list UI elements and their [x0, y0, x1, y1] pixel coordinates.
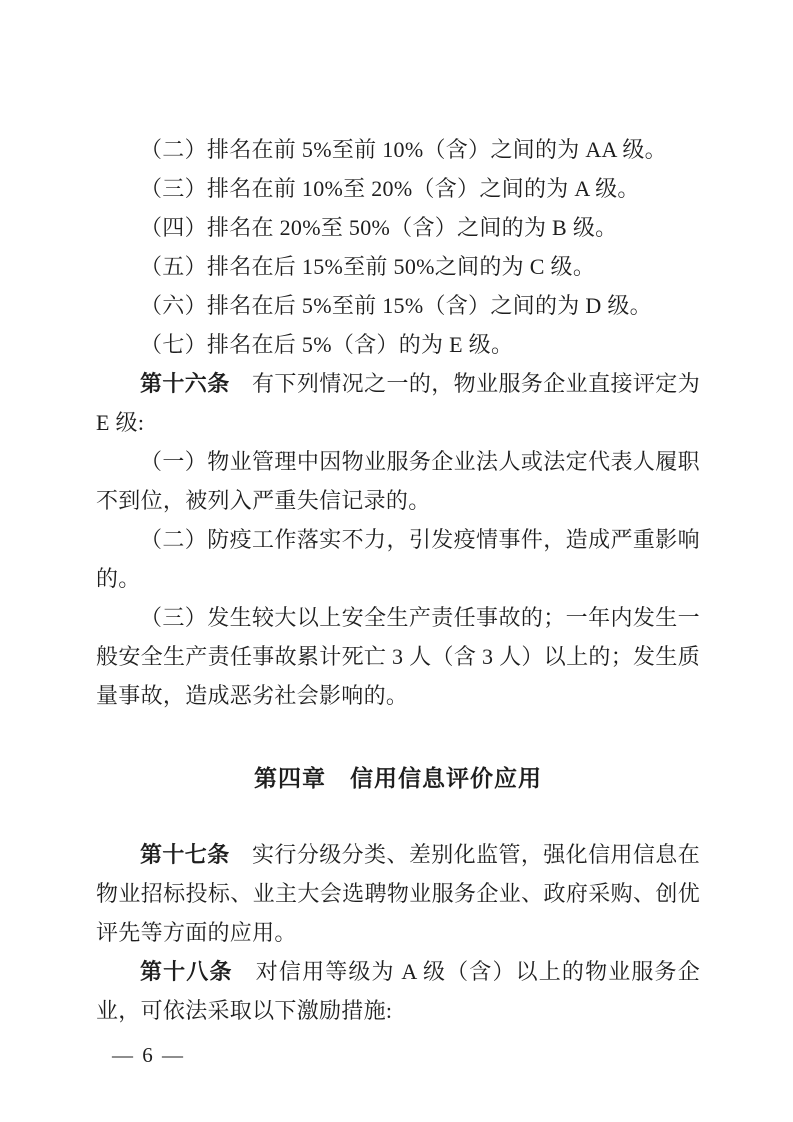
- article-16-paragraph: 第十六条 有下列情况之一的，物业服务企业直接评定为 E 级:: [96, 364, 700, 442]
- document-page: （二）排名在前 5%至前 10%（含）之间的为 AA 级。 （三）排名在前 10…: [0, 0, 793, 1122]
- clause-item-5: （五）排名在后 15%至前 50%之间的为 C 级。: [96, 247, 700, 286]
- clause-item-3: （三）排名在前 10%至 20%（含）之间的为 A 级。: [96, 169, 700, 208]
- clause-item-6: （六）排名在后 5%至前 15%（含）之间的为 D 级。: [96, 286, 700, 325]
- clause-item-7: （七）排名在后 5%（含）的为 E 级。: [96, 325, 700, 364]
- article-18-number: 第十八条: [140, 959, 233, 984]
- clause-item-4: （四）排名在 20%至 50%（含）之间的为 B 级。: [96, 208, 700, 247]
- page-number: — 6 —: [96, 1036, 700, 1075]
- article-17-number: 第十七条: [140, 842, 230, 867]
- article-17-paragraph: 第十七条 实行分级分类、差别化监管，强化信用信息在物业招标投标、业主大会选聘物业…: [96, 835, 700, 952]
- article-16-number: 第十六条: [140, 371, 230, 396]
- article-16-item-2: （二）防疫工作落实不力，引发疫情事件，造成严重影响的。: [96, 520, 700, 598]
- article-18-paragraph: 第十八条 对信用等级为 A 级（含）以上的物业服务企业，可依法采取以下激励措施:: [96, 952, 700, 1030]
- article-16-item-3: （三）发生较大以上安全生产责任事故的；一年内发生一般安全生产责任事故累计死亡 3…: [96, 598, 700, 715]
- clause-item-2: （二）排名在前 5%至前 10%（含）之间的为 AA 级。: [96, 130, 700, 169]
- article-16-item-1: （一）物业管理中因物业服务企业法人或法定代表人履职不到位，被列入严重失信记录的。: [96, 442, 700, 520]
- chapter-4-heading: 第四章 信用信息评价应用: [96, 759, 700, 798]
